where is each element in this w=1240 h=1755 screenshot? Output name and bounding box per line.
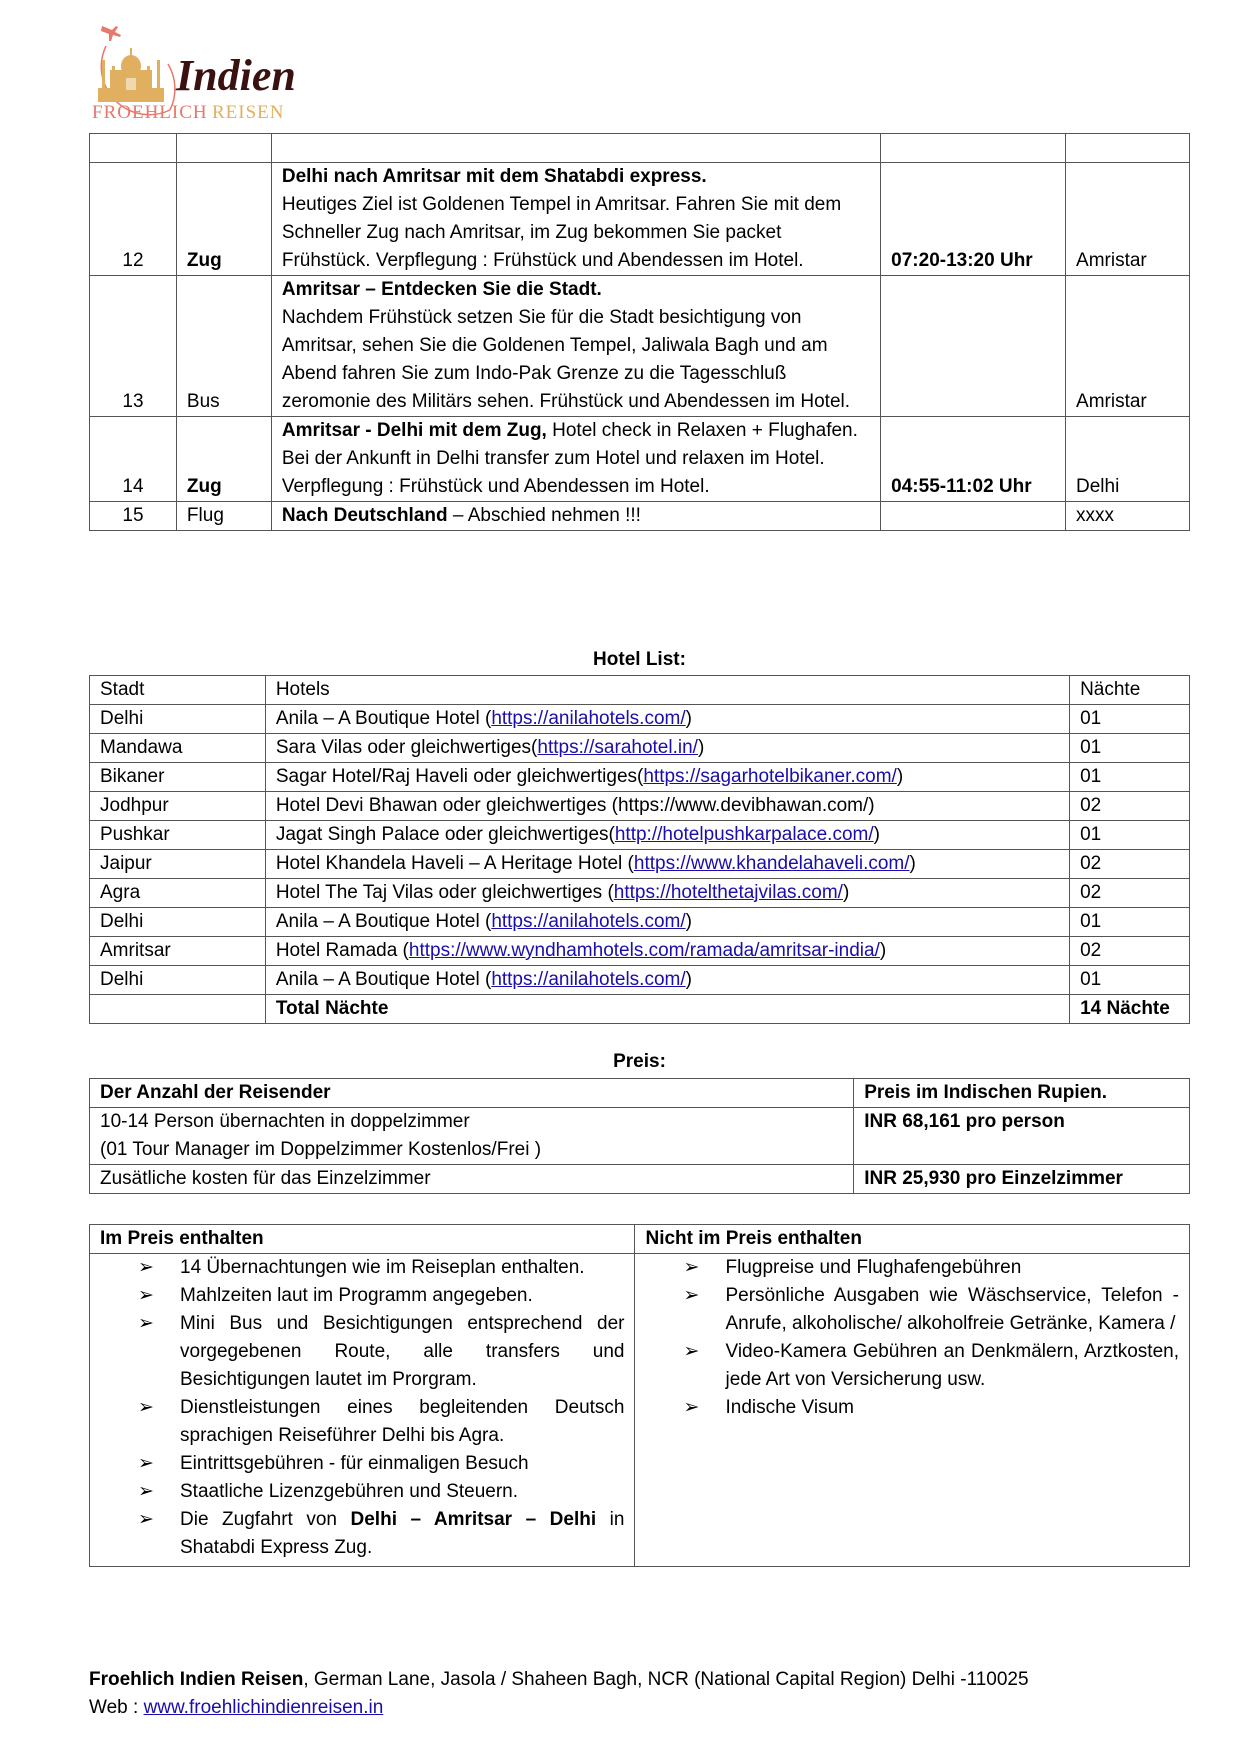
hotel-nights: 02 — [1070, 850, 1190, 879]
day-description — [271, 134, 880, 163]
hotel-name: Sagar Hotel/Raj Haveli oder gleichwertig… — [265, 763, 1069, 792]
day-number: 13 — [90, 276, 177, 417]
hotel-nights: 01 — [1070, 705, 1190, 734]
header-nights: Nächte — [1070, 676, 1190, 705]
train-time — [881, 502, 1066, 531]
hotel-website-link[interactable]: https://www.wyndhamhotels.com/ramada/amr… — [409, 940, 880, 961]
included-item: ➢Die Zugfahrt von Delhi – Amritsar – Del… — [100, 1506, 624, 1562]
hotel-city: Bikaner — [90, 763, 266, 792]
overnight-city — [1066, 134, 1190, 163]
footer-address: , German Lane, Jasola / Shaheen Bagh, NC… — [303, 1669, 1028, 1690]
day-number: 12 — [90, 163, 177, 276]
item-text: Mini Bus und Besichtigungen entsprechend… — [180, 1313, 624, 1390]
hotel-nights: 02 — [1070, 792, 1190, 821]
price-table: Der Anzahl der Reisender Preis im Indisc… — [89, 1078, 1190, 1194]
hotel-row: DelhiAnila – A Boutique Hotel (https://a… — [90, 966, 1190, 995]
hotel-row: MandawaSara Vilas oder gleichwertiges(ht… — [90, 734, 1190, 763]
price-desc-line: Zusätliche kosten für das Einzelzimmer — [90, 1165, 854, 1194]
day-description: Amritsar - Delhi mit dem Zug, Hotel chec… — [271, 417, 880, 502]
footer-web-label: Web : — [89, 1697, 144, 1718]
day-number: 15 — [90, 502, 177, 531]
hotel-name: Anila – A Boutique Hotel (https://anilah… — [265, 966, 1069, 995]
taj-mahal-plane-icon: Indien Froehlich Reisen — [92, 18, 322, 123]
header-city: Stadt — [90, 676, 266, 705]
item-text: Die Zugfahrt von — [180, 1509, 351, 1530]
transport-mode: Flug — [176, 502, 271, 531]
hotel-suffix: ) — [910, 853, 916, 874]
price-desc-line: 10-14 Person übernachten in doppelzimmer — [100, 1108, 843, 1136]
itinerary-row: 15FlugNach Deutschland – Abschied nehmen… — [90, 502, 1190, 531]
hotel-name: Hotel The Taj Vilas oder gleichwertiges … — [265, 879, 1069, 908]
day-description: Nach Deutschland – Abschied nehmen !!! — [271, 502, 880, 531]
included-header: Im Preis enthalten — [90, 1225, 635, 1254]
itinerary-row — [90, 134, 1190, 163]
arrow-bullet-icon: ➢ — [138, 1310, 154, 1338]
day-title: Delhi nach Amritsar mit dem Shatabdi exp… — [282, 163, 870, 191]
hotel-name: Anila – A Boutique Hotel (https://anilah… — [265, 705, 1069, 734]
hotel-website-link[interactable]: https://hotelthetajvilas.com/ — [614, 882, 843, 903]
arrow-bullet-icon: ➢ — [138, 1394, 154, 1422]
arrow-bullet-icon: ➢ — [138, 1282, 154, 1310]
hotel-suffix: ) — [843, 882, 849, 903]
hotel-list-title: Hotel List: — [89, 649, 1190, 671]
hotel-row: JaipurHotel Khandela Haveli – A Heritage… — [90, 850, 1190, 879]
hotel-website-link[interactable]: http://hotelpushkarpalace.com/ — [615, 824, 874, 845]
hotel-label: Jagat Singh Palace oder gleichwertiges( — [276, 824, 615, 845]
arrow-bullet-icon: ➢ — [683, 1338, 699, 1366]
svg-text:Indien: Indien — [175, 51, 296, 100]
hotel-website-link[interactable]: https://anilahotels.com/ — [491, 911, 685, 932]
hotel-city: Agra — [90, 879, 266, 908]
day-number: 14 — [90, 417, 177, 502]
itinerary-table: 12ZugDelhi nach Amritsar mit dem Shatabd… — [89, 133, 1190, 531]
day-description: Delhi nach Amritsar mit dem Shatabdi exp… — [271, 163, 880, 276]
footer-company: Froehlich Indien Reisen — [89, 1669, 303, 1690]
price-value: INR 25,930 pro Einzelzimmer — [854, 1165, 1190, 1194]
transport-mode: Zug — [176, 417, 271, 502]
arrow-bullet-icon: ➢ — [683, 1394, 699, 1422]
price-desc-line: (01 Tour Manager im Doppelzimmer Kostenl… — [100, 1136, 843, 1164]
train-time: 04:55-11:02 Uhr — [881, 417, 1066, 502]
arrow-bullet-icon: ➢ — [683, 1282, 699, 1310]
hotel-name: Hotel Ramada (https://www.wyndhamhotels.… — [265, 937, 1069, 966]
hotel-nights: 01 — [1070, 821, 1190, 850]
hotel-label: Anila – A Boutique Hotel ( — [276, 969, 491, 990]
overnight-city: Delhi — [1066, 417, 1190, 502]
hotel-label: Anila – A Boutique Hotel ( — [276, 708, 491, 729]
included-item: ➢Staatliche Lizenzgebühren und Steuern. — [100, 1478, 624, 1506]
day-title: Amritsar – Entdecken Sie die Stadt. — [282, 276, 870, 304]
included-item: ➢14 Übernachtungen wie im Reiseplan enth… — [100, 1254, 624, 1282]
arrow-bullet-icon: ➢ — [683, 1254, 699, 1282]
hotel-name: Hotel Khandela Haveli – A Heritage Hotel… — [265, 850, 1069, 879]
train-time — [881, 276, 1066, 417]
day-title: Amritsar - Delhi mit dem Zug, — [282, 420, 547, 441]
itinerary-row: 12ZugDelhi nach Amritsar mit dem Shatabd… — [90, 163, 1190, 276]
hotel-city: Delhi — [90, 908, 266, 937]
included-item: ➢Dienstleistungen eines begleitenden Deu… — [100, 1394, 624, 1450]
item-text: Flugpreise und Flughafengebühren — [725, 1257, 1021, 1278]
day-title: Nach Deutschland — [282, 505, 448, 526]
footer: Froehlich Indien Reisen, German Lane, Ja… — [89, 1666, 1029, 1722]
hotel-row: PushkarJagat Singh Palace oder gleichwer… — [90, 821, 1190, 850]
included-item: ➢Eintrittsgebühren - für einmaligen Besu… — [100, 1450, 624, 1478]
item-text: Staatliche Lizenzgebühren und Steuern. — [180, 1481, 518, 1502]
item-text: 14 Übernachtungen wie im Reiseplan entha… — [180, 1257, 585, 1278]
company-logo: Indien Froehlich Reisen — [92, 18, 322, 123]
train-time: 07:20-13:20 Uhr — [881, 163, 1066, 276]
hotel-suffix: ) — [686, 969, 692, 990]
excluded-header: Nicht im Preis enthalten — [635, 1225, 1190, 1254]
itinerary-row: 13BusAmritsar – Entdecken Sie die Stadt.… — [90, 276, 1190, 417]
inclusions-table: Im Preis enthalten Nicht im Preis enthal… — [89, 1224, 1190, 1567]
hotel-website-link[interactable]: https://sarahotel.in/ — [537, 737, 698, 758]
hotel-name: Jagat Singh Palace oder gleichwertiges(h… — [265, 821, 1069, 850]
hotel-nights: 02 — [1070, 937, 1190, 966]
hotel-row: AgraHotel The Taj Vilas oder gleichwerti… — [90, 879, 1190, 908]
train-time — [881, 134, 1066, 163]
excluded-item: ➢Flugpreise und Flughafengebühren — [645, 1254, 1179, 1282]
hotel-total-label: Total Nächte — [265, 995, 1069, 1024]
hotel-website-link[interactable]: https://www.khandelahaveli.com/ — [634, 853, 910, 874]
included-item: ➢Mahlzeiten laut im Programm angegeben. — [100, 1282, 624, 1310]
header-hotels: Hotels — [265, 676, 1069, 705]
day-text: Heutiges Ziel ist Goldenen Tempel in Amr… — [282, 191, 870, 275]
itinerary-row: 14ZugAmritsar - Delhi mit dem Zug, Hotel… — [90, 417, 1190, 502]
hotel-total-empty — [90, 995, 266, 1024]
arrow-bullet-icon: ➢ — [138, 1478, 154, 1506]
item-text: Mahlzeiten laut im Programm angegeben. — [180, 1285, 533, 1306]
included-list: ➢14 Übernachtungen wie im Reiseplan enth… — [100, 1254, 624, 1566]
hotel-nights: 02 — [1070, 879, 1190, 908]
overnight-city: Amristar — [1066, 276, 1190, 417]
item-text: Eintrittsgebühren - für einmaligen Besuc… — [180, 1453, 529, 1474]
item-text: Persönliche Ausgaben wie Wäschservice, T… — [725, 1285, 1179, 1334]
hotel-city: Jodhpur — [90, 792, 266, 821]
hotel-label: Sara Vilas oder gleichwertiges( — [276, 737, 538, 758]
hotel-suffix: ) — [880, 940, 886, 961]
svg-text:Reisen: Reisen — [212, 102, 285, 123]
hotel-city: Pushkar — [90, 821, 266, 850]
price-header-travellers: Der Anzahl der Reisender — [90, 1079, 854, 1108]
overnight-city: Amristar — [1066, 163, 1190, 276]
day-number — [90, 134, 177, 163]
transport-mode: Bus — [176, 276, 271, 417]
excluded-item: ➢Indische Visum — [645, 1394, 1179, 1422]
transport-mode — [176, 134, 271, 163]
hotel-city: Jaipur — [90, 850, 266, 879]
hotel-suffix: ) — [686, 708, 692, 729]
hotel-label: Hotel Khandela Haveli – A Heritage Hotel… — [276, 853, 634, 874]
hotel-name: Sara Vilas oder gleichwertiges(https://s… — [265, 734, 1069, 763]
excluded-item: ➢Persönliche Ausgaben wie Wäschservice, … — [645, 1282, 1179, 1338]
hotel-city: Amritsar — [90, 937, 266, 966]
price-row: 10-14 Person übernachten in doppelzimmer… — [90, 1108, 1190, 1165]
price-value: INR 68,161 pro person — [854, 1108, 1190, 1165]
hotel-city: Delhi — [90, 705, 266, 734]
day-text: Nachdem Frühstück setzen Sie für die Sta… — [282, 304, 870, 416]
included-item: ➢Mini Bus und Besichtigungen entsprechen… — [100, 1310, 624, 1394]
arrow-bullet-icon: ➢ — [138, 1506, 154, 1534]
item-text: Indische Visum — [725, 1397, 854, 1418]
hotel-label: Sagar Hotel/Raj Haveli oder gleichwertig… — [276, 766, 644, 787]
price-row: Zusätliche kosten für das Einzelzimmer I… — [90, 1165, 1190, 1194]
hotel-label: Anila – A Boutique Hotel ( — [276, 911, 491, 932]
item-text: Video-Kamera Gebühren an Denkmälern, Arz… — [725, 1341, 1179, 1390]
transport-mode: Zug — [176, 163, 271, 276]
hotel-header-row: Stadt Hotels Nächte — [90, 676, 1190, 705]
hotel-row: JodhpurHotel Devi Bhawan oder gleichwert… — [90, 792, 1190, 821]
hotel-name: Anila – A Boutique Hotel (https://anilah… — [265, 908, 1069, 937]
hotel-list-table: Stadt Hotels Nächte DelhiAnila – A Bouti… — [89, 675, 1190, 1024]
excluded-list: ➢Flugpreise und Flughafengebühren➢Persön… — [645, 1254, 1179, 1426]
arrow-bullet-icon: ➢ — [138, 1450, 154, 1478]
hotel-row: BikanerSagar Hotel/Raj Haveli oder gleic… — [90, 763, 1190, 792]
price-header-inr: Preis im Indischen Rupien. — [854, 1079, 1190, 1108]
price-title: Preis: — [89, 1051, 1190, 1073]
item-text: Dienstleistungen eines begleitenden Deut… — [180, 1397, 624, 1446]
hotel-nights: 01 — [1070, 763, 1190, 792]
hotel-suffix: ) — [686, 911, 692, 932]
hotel-city: Delhi — [90, 966, 266, 995]
hotel-row: DelhiAnila – A Boutique Hotel (https://a… — [90, 908, 1190, 937]
hotel-label: Hotel Ramada ( — [276, 940, 409, 961]
hotel-website-link[interactable]: https://anilahotels.com/ — [491, 969, 685, 990]
hotel-row: DelhiAnila – A Boutique Hotel (https://a… — [90, 705, 1190, 734]
hotel-name: Hotel Devi Bhawan oder gleichwertiges (h… — [265, 792, 1069, 821]
hotel-row: AmritsarHotel Ramada (https://www.wyndha… — [90, 937, 1190, 966]
hotel-website-link[interactable]: https://anilahotels.com/ — [491, 708, 685, 729]
item-bold-text: Delhi – Amritsar – Delhi — [351, 1509, 597, 1530]
hotel-label: Hotel The Taj Vilas oder gleichwertiges … — [276, 882, 614, 903]
svg-text:Froehlich: Froehlich — [92, 102, 208, 123]
footer-website-link[interactable]: www.froehlichindienreisen.in — [144, 1697, 384, 1718]
arrow-bullet-icon: ➢ — [138, 1254, 154, 1282]
hotel-city: Mandawa — [90, 734, 266, 763]
hotel-nights: 01 — [1070, 908, 1190, 937]
hotel-suffix: ) — [897, 766, 903, 787]
hotel-nights: 01 — [1070, 734, 1190, 763]
hotel-website-link[interactable]: https://sagarhotelbikaner.com/ — [643, 766, 896, 787]
hotel-suffix: ) — [874, 824, 880, 845]
overnight-city: xxxx — [1066, 502, 1190, 531]
excluded-item: ➢Video-Kamera Gebühren an Denkmälern, Ar… — [645, 1338, 1179, 1394]
day-description: Amritsar – Entdecken Sie die Stadt.Nachd… — [271, 276, 880, 417]
day-text: – Abschied nehmen !!! — [448, 505, 641, 526]
hotel-nights: 01 — [1070, 966, 1190, 995]
hotel-total-row: Total Nächte14 Nächte — [90, 995, 1190, 1024]
hotel-suffix: ) — [698, 737, 704, 758]
hotel-total-value: 14 Nächte — [1070, 995, 1190, 1024]
hotel-label: Hotel Devi Bhawan oder gleichwertiges (h… — [276, 795, 875, 816]
